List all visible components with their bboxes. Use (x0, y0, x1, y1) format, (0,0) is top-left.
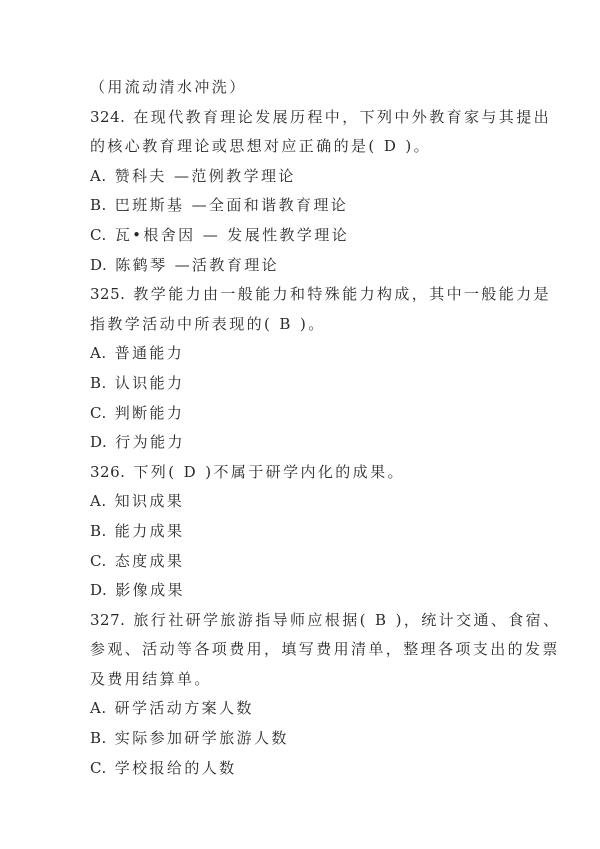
document-page: （用流动清水冲洗） 324.在现代教育理论发展历程中，下列中外教育家与其提出 的… (90, 73, 520, 783)
question-number: 327. (90, 611, 125, 629)
option-label: D. (90, 581, 107, 599)
option-text: 普通能力 (115, 344, 185, 362)
option-a: A.知识成果 (90, 487, 520, 517)
option-label: B. (90, 374, 107, 392)
option-label: B. (90, 196, 107, 214)
question-324: 324.在现代教育理论发展历程中，下列中外教育家与其提出 的核心教育理论或思想对… (90, 103, 520, 281)
option-list: A.赞科夫 —范例教学理论 B.巴班斯基 —全面和谐教育理论 C.瓦•根舍因 —… (90, 162, 520, 280)
option-label: C. (90, 404, 107, 422)
option-label: D. (90, 256, 107, 274)
option-a: A.赞科夫 —范例教学理论 (90, 162, 520, 192)
option-label: A. (90, 492, 107, 510)
option-label: C. (90, 552, 107, 570)
question-stem-text: 旅行社研学旅游指导师应根据( B )，统计交通、食宿、 (133, 611, 560, 629)
option-text: 赞科夫 —范例教学理论 (115, 167, 296, 185)
option-list: A.普通能力 B.认识能力 C.判断能力 D.行为能力 (90, 339, 520, 457)
option-c: C.学校报给的人数 (90, 754, 520, 784)
question-stem-line: 的核心教育理论或思想对应正确的是( D )。 (90, 132, 520, 162)
option-label: B. (90, 729, 107, 747)
option-label: B. (90, 522, 107, 540)
option-text: 判断能力 (115, 404, 185, 422)
option-text: 陈鹤琴 —活教育理论 (115, 256, 279, 274)
lead-line: （用流动清水冲洗） (90, 73, 520, 103)
option-text: 行为能力 (115, 433, 185, 451)
option-list: A.研学活动方案人数 B.实际参加研学旅游人数 C.学校报给的人数 (90, 694, 520, 783)
option-b: B.巴班斯基 —全面和谐教育理论 (90, 191, 520, 221)
option-d: D.陈鹤琴 —活教育理论 (90, 251, 520, 281)
option-text: 研学活动方案人数 (115, 699, 254, 717)
question-stem-line: 参观、活动等各项费用，填写费用清单，整理各项支出的发票 (90, 635, 520, 665)
option-c: C.判断能力 (90, 399, 520, 429)
question-stem-text: 在现代教育理论发展历程中，下列中外教育家与其提出 (133, 108, 551, 126)
question-number: 324. (90, 108, 125, 126)
option-b: B.实际参加研学旅游人数 (90, 724, 520, 754)
option-a: A.研学活动方案人数 (90, 694, 520, 724)
option-b: B.能力成果 (90, 517, 520, 547)
question-stem-line: 及费用结算单。 (90, 665, 520, 695)
option-d: D.影像成果 (90, 576, 520, 606)
option-text: 实际参加研学旅游人数 (115, 729, 289, 747)
option-c: C.态度成果 (90, 547, 520, 577)
option-text: 影像成果 (115, 581, 185, 599)
question-stem-text: 教学能力由一般能力和特殊能力构成，其中一般能力是 (133, 285, 551, 303)
option-text: 学校报给的人数 (115, 759, 237, 777)
option-d: D.行为能力 (90, 428, 520, 458)
question-stem-line: 指教学活动中所表现的( B )。 (90, 310, 520, 340)
option-label: A. (90, 344, 107, 362)
question-number: 325. (90, 285, 125, 303)
option-label: A. (90, 699, 107, 717)
option-label: D. (90, 433, 107, 451)
question-stem-line: 324.在现代教育理论发展历程中，下列中外教育家与其提出 (90, 103, 520, 133)
option-text: 能力成果 (115, 522, 185, 540)
question-326: 326.下列( D )不属于研学内化的成果。 A.知识成果 B.能力成果 C.态… (90, 458, 520, 606)
option-text: 知识成果 (115, 492, 185, 510)
question-325: 325.教学能力由一般能力和特殊能力构成，其中一般能力是 指教学活动中所表现的(… (90, 280, 520, 458)
question-stem-line: 327.旅行社研学旅游指导师应根据( B )，统计交通、食宿、 (90, 606, 520, 636)
option-c: C.瓦•根舍因 — 发展性教学理论 (90, 221, 520, 251)
option-a: A.普通能力 (90, 339, 520, 369)
question-327: 327.旅行社研学旅游指导师应根据( B )，统计交通、食宿、 参观、活动等各项… (90, 606, 520, 784)
option-list: A.知识成果 B.能力成果 C.态度成果 D.影像成果 (90, 487, 520, 605)
option-text: 认识能力 (115, 374, 185, 392)
option-label: C. (90, 759, 107, 777)
option-text: 瓦•根舍因 — 发展性教学理论 (115, 226, 349, 244)
question-stem-line: 326.下列( D )不属于研学内化的成果。 (90, 458, 520, 488)
option-label: A. (90, 167, 107, 185)
question-stem-text: 下列( D )不属于研学内化的成果。 (133, 463, 404, 481)
option-text: 态度成果 (115, 552, 185, 570)
question-stem-line: 325.教学能力由一般能力和特殊能力构成，其中一般能力是 (90, 280, 520, 310)
question-number: 326. (90, 463, 125, 481)
option-b: B.认识能力 (90, 369, 520, 399)
option-text: 巴班斯基 —全面和谐教育理论 (115, 196, 348, 214)
option-label: C. (90, 226, 107, 244)
